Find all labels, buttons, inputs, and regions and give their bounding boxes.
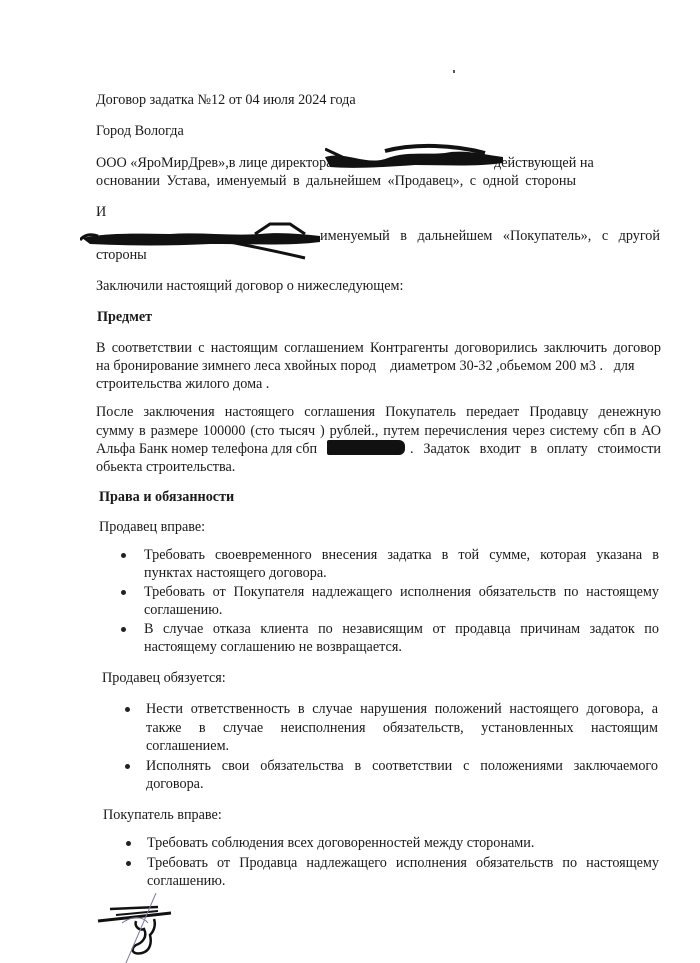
subject-para2-line3b: . Задаток входит в оплату стоимости xyxy=(410,440,661,458)
handwritten-signature xyxy=(96,893,196,963)
redaction-phone-number xyxy=(327,440,405,455)
subject-para2-line1: После заключения настоящего соглашения П… xyxy=(96,403,661,421)
bullet-icon xyxy=(121,627,126,632)
seller-must-item2-line2: договора. xyxy=(146,775,204,793)
seller-intro-line2: основании Устава, именуемый в дальнейшем… xyxy=(96,172,576,190)
buyer-intro-line1: именуемый в дальнейшем «Покупатель», с д… xyxy=(320,227,660,245)
seller-intro-part1: ООО «ЯроМирДрев»,в лице директора xyxy=(96,154,333,172)
seller-must-item2-line1: Исполнять свои обязательства в соответст… xyxy=(146,757,658,775)
concluded-statement: Заключили настоящий договор о нижеследую… xyxy=(96,277,403,295)
seller-may-item3-line2: настоящему соглашению не возвращается. xyxy=(144,638,402,656)
bullet-icon xyxy=(125,707,130,712)
seller-must-item1-line1: Нести ответственность в случае нарушения… xyxy=(146,700,658,718)
section-heading-subject: Предмет xyxy=(97,308,152,326)
document-title: Договор задатка №12 от 04 июля 2024 года xyxy=(96,91,356,109)
seller-may-item1-line1: Требовать своевременного внесения задатк… xyxy=(144,546,659,564)
subject-para2-line3a: Альфа Банк номер телефона для сбп xyxy=(96,440,317,458)
buyer-intro-line2: стороны xyxy=(96,246,147,264)
seller-may-item2-line1: Требовать от Покупателя надлежащего испо… xyxy=(144,583,659,601)
subject-para2-line2: сумму в размере 100000 (сто тысяч ) рубл… xyxy=(96,422,661,440)
bullet-icon xyxy=(126,841,131,846)
buyer-may-item1-line1: Требовать соблюдения всех договоренносте… xyxy=(147,834,534,852)
seller-must-label: Продавец обязуется: xyxy=(102,669,226,687)
seller-may-item2-line2: соглашению. xyxy=(144,601,222,619)
seller-intro-part2: действующей на xyxy=(494,154,594,172)
bullet-icon xyxy=(125,764,130,769)
seller-must-item1-line2: также в случае неисполнения обязательств… xyxy=(146,719,658,737)
buyer-may-label: Покупатель вправе: xyxy=(103,806,222,824)
section-heading-rights: Права и обязанности xyxy=(99,488,234,506)
bullet-icon xyxy=(121,553,126,558)
subject-para1-line2: на бронирование зимнего леса хвойных пор… xyxy=(96,357,661,375)
buyer-may-item2-line2: соглашению. xyxy=(147,872,225,890)
scan-speck xyxy=(453,70,455,73)
subject-para2-line4: обьекта строительства. xyxy=(96,458,235,476)
subject-para1-line1: В соответствии с настоящим соглашением К… xyxy=(96,339,661,357)
seller-may-label: Продавец вправе: xyxy=(99,518,205,536)
seller-may-item1-line2: пунктах настоящего договора. xyxy=(144,564,327,582)
city-line: Город Вологда xyxy=(96,122,184,140)
seller-may-item3-line1: В случае отказа клиента по независящим о… xyxy=(144,620,659,638)
buyer-may-item2-line1: Требовать от Продавца надлежащего исполн… xyxy=(147,854,659,872)
seller-must-item1-line3: соглашением. xyxy=(146,737,229,755)
bullet-icon xyxy=(126,861,131,866)
bullet-icon xyxy=(121,590,126,595)
subject-para1-line3: строительства жилого дома . xyxy=(96,375,269,393)
scanned-contract-page: Договор задатка №12 от 04 июля 2024 года… xyxy=(0,0,700,963)
